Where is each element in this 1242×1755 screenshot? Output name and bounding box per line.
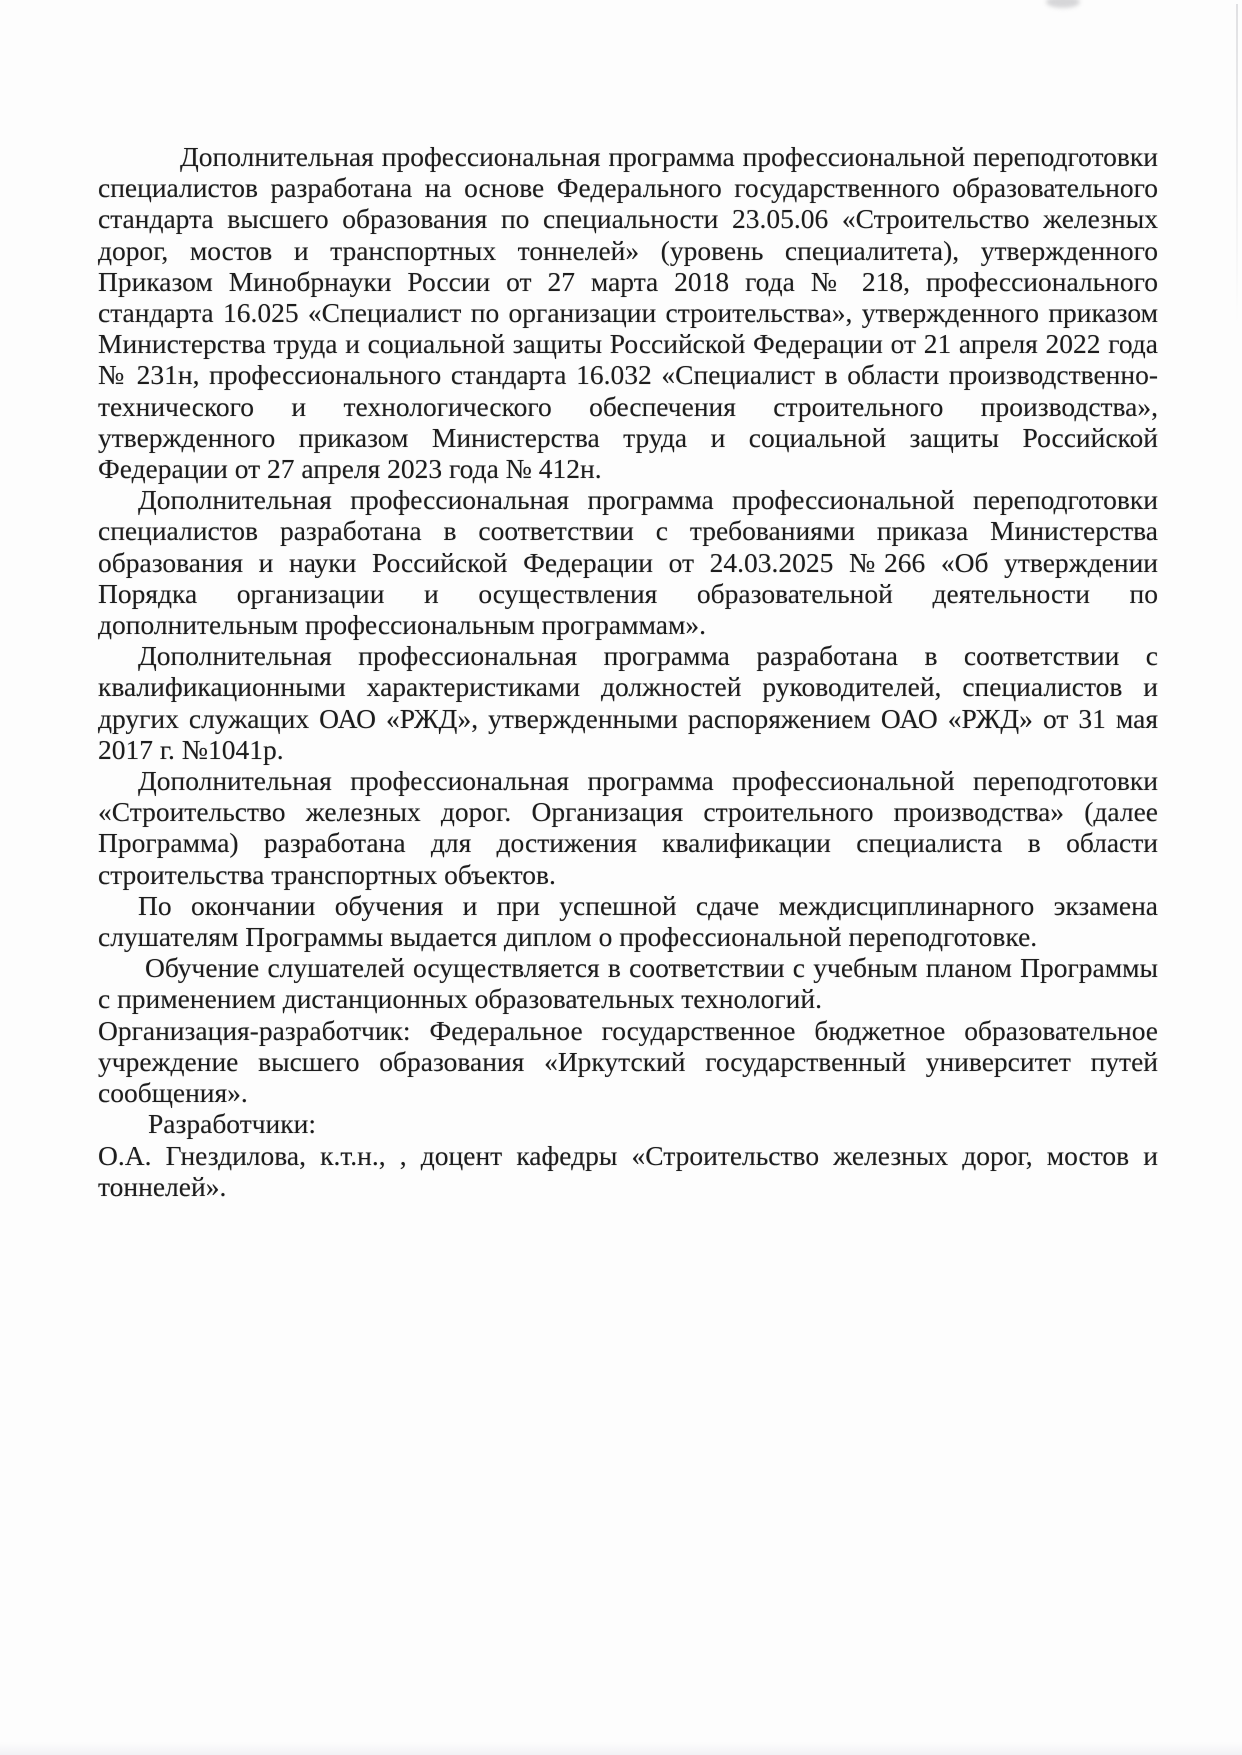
body-paragraph-6: Обучение слушателей осуществляется в соо… (98, 952, 1158, 1014)
body-paragraph-1: Дополнительная профессиональная программ… (98, 141, 1158, 484)
document-body: Дополнительная профессиональная программ… (98, 141, 1158, 1202)
body-paragraph-4: Дополнительная профессиональная программ… (98, 765, 1158, 890)
developers-heading: Разработчики: (98, 1108, 1158, 1139)
scan-bottom-shadow (0, 1742, 1242, 1755)
body-paragraph-3: Дополнительная профессиональная программ… (98, 640, 1158, 765)
scan-smudge-artifact (1046, 0, 1080, 8)
organization-developer-paragraph: Организация-разработчик: Федеральное гос… (98, 1015, 1158, 1109)
body-paragraph-2: Дополнительная профессиональная программ… (98, 484, 1158, 640)
body-paragraph-5: По окончании обучения и при успешной сда… (98, 890, 1158, 952)
scan-edge-line (1236, 4, 1238, 324)
developer-entry: О.А. Гнездилова, к.т.н., , доцент кафедр… (98, 1140, 1158, 1202)
document-page: Дополнительная профессиональная программ… (0, 0, 1242, 1755)
